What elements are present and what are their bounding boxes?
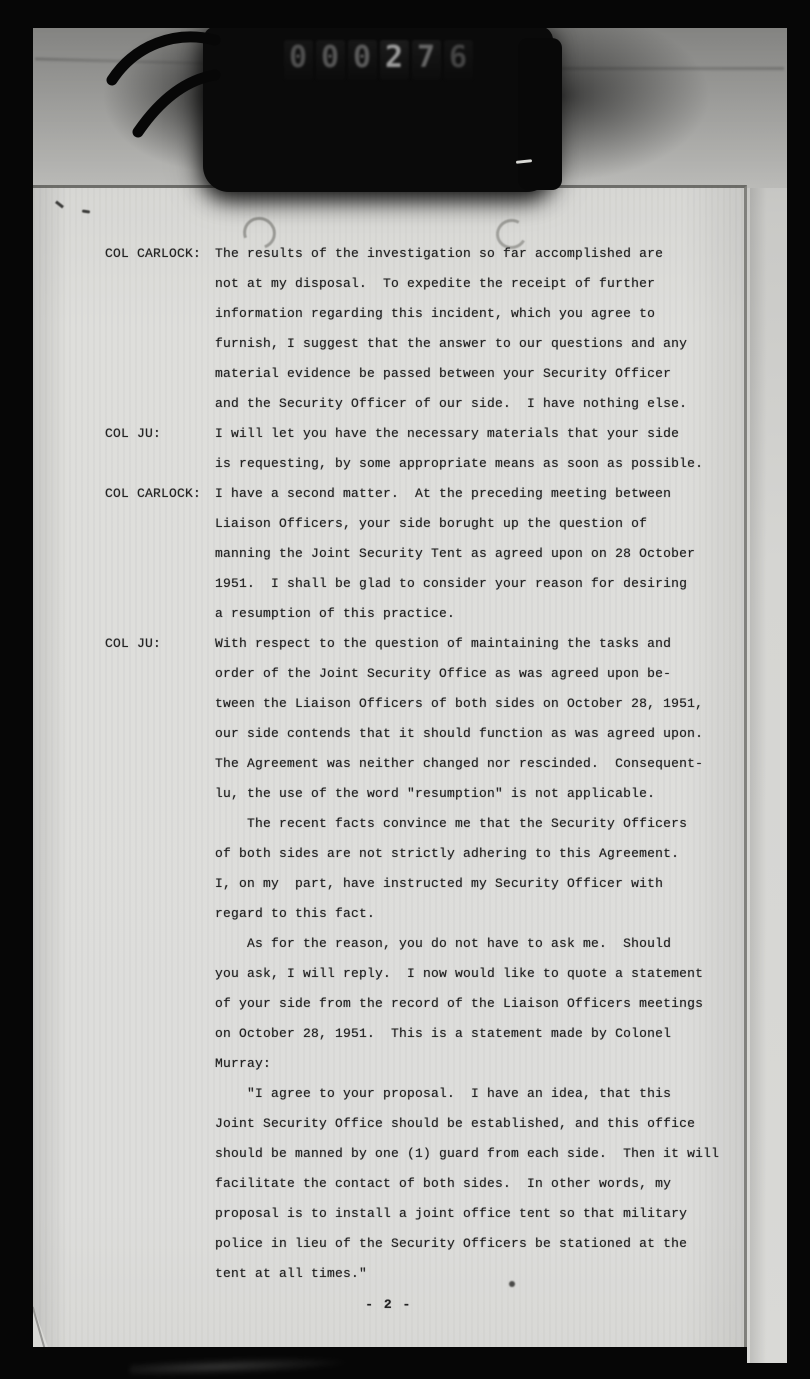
- speaker-label: COL CARLOCK:: [105, 239, 215, 419]
- speech-line: With respect to the question of maintain…: [215, 629, 725, 659]
- page-right-gutter-shadow: [750, 188, 787, 1363]
- speech-line: As for the reason, you do not have to as…: [215, 929, 725, 959]
- microfilm-frame: COL CARLOCK:The results of the investiga…: [0, 0, 810, 1379]
- paper-crease-right: [558, 67, 784, 70]
- transcript-block: COL CARLOCK:The results of the investiga…: [105, 239, 725, 419]
- speech-line: tent at all times.": [215, 1259, 725, 1289]
- transcript-block: COL JU:With respect to the question of m…: [105, 629, 725, 1289]
- speech-line: a resumption of this practice.: [215, 599, 725, 629]
- speech-line: Liaison Officers, your side borught up t…: [215, 509, 725, 539]
- film-border-bottom-right: [747, 1363, 787, 1379]
- speech-line: and the Security Officer of our side. I …: [215, 389, 725, 419]
- speaker-label: COL JU:: [105, 419, 215, 479]
- speech-line: The recent facts convince me that the Se…: [215, 809, 725, 839]
- speech-line: you ask, I will reply. I now would like …: [215, 959, 725, 989]
- speech-line: 1951. I shall be glad to consider your r…: [215, 569, 725, 599]
- speech-line: facilitate the contact of both sides. In…: [215, 1169, 725, 1199]
- speech-line: Murray:: [215, 1049, 725, 1079]
- speaker-label: COL CARLOCK:: [105, 479, 215, 629]
- speech-line: lu, the use of the word "resumption" is …: [215, 779, 725, 809]
- speech-line: regard to this fact.: [215, 899, 725, 929]
- film-border-left: [0, 0, 33, 1379]
- transcript: COL CARLOCK:The results of the investiga…: [105, 239, 725, 1289]
- speech-line: furnish, I suggest that the answer to ou…: [215, 329, 725, 359]
- speech-text: The results of the investigation so far …: [215, 239, 725, 419]
- speech-line: of your side from the record of the Liai…: [215, 989, 725, 1019]
- speech-text: I have a second matter. At the preceding…: [215, 479, 725, 629]
- speech-text: I will let you have the necessary materi…: [215, 419, 725, 479]
- page-number: - 2 -: [33, 1290, 744, 1320]
- speech-line: manning the Joint Security Tent as agree…: [215, 539, 725, 569]
- speech-text: With respect to the question of maintain…: [215, 629, 725, 1289]
- counter-digit: 0: [316, 40, 345, 80]
- transcript-block: COL JU:I will let you have the necessary…: [105, 419, 725, 479]
- speech-line: tween the Liaison Officers of both sides…: [215, 689, 725, 719]
- speaker-label: COL JU:: [105, 629, 215, 1289]
- counter-digit: 6: [444, 40, 473, 80]
- speech-line: order of the Joint Security Office as wa…: [215, 659, 725, 689]
- speech-line: The results of the investigation so far …: [215, 239, 725, 269]
- speech-line: "I agree to your proposal. I have an ide…: [215, 1079, 725, 1109]
- speech-line: The Agreement was neither changed nor re…: [215, 749, 725, 779]
- speech-line: I, on my part, have instructed my Securi…: [215, 869, 725, 899]
- speech-line: of both sides are not strictly adhering …: [215, 839, 725, 869]
- speech-line: Joint Security Office should be establis…: [215, 1109, 725, 1139]
- speech-line: not at my disposal. To expedite the rece…: [215, 269, 725, 299]
- speech-line: should be manned by one (1) guard from e…: [215, 1139, 725, 1169]
- speech-line: material evidence be passed between your…: [215, 359, 725, 389]
- counter-digit: 0: [284, 40, 313, 80]
- counter-clamp: [518, 38, 562, 190]
- film-border-right: [787, 0, 810, 1379]
- counter-digit: 7: [412, 40, 441, 80]
- speech-line: I will let you have the necessary materi…: [215, 419, 725, 449]
- film-border-top: [0, 0, 810, 28]
- counter-digits: 000276: [203, 40, 553, 80]
- device-shadow-right: [535, 28, 787, 198]
- counter-digit: 2: [380, 40, 409, 80]
- counter-digit: 0: [348, 40, 377, 80]
- speech-line: our side contends that it should functio…: [215, 719, 725, 749]
- film-counter-device: 000276: [203, 26, 553, 192]
- speech-line: information regarding this incident, whi…: [215, 299, 725, 329]
- speech-line: I have a second matter. At the preceding…: [215, 479, 725, 509]
- speech-line: on October 28, 1951. This is a statement…: [215, 1019, 725, 1049]
- speech-line: is requesting, by some appropriate means…: [215, 449, 725, 479]
- transcript-block: COL CARLOCK:I have a second matter. At t…: [105, 479, 725, 629]
- speech-line: police in lieu of the Security Officers …: [215, 1229, 725, 1259]
- film-border-bottom: [0, 1347, 747, 1379]
- speech-line: proposal is to install a joint office te…: [215, 1199, 725, 1229]
